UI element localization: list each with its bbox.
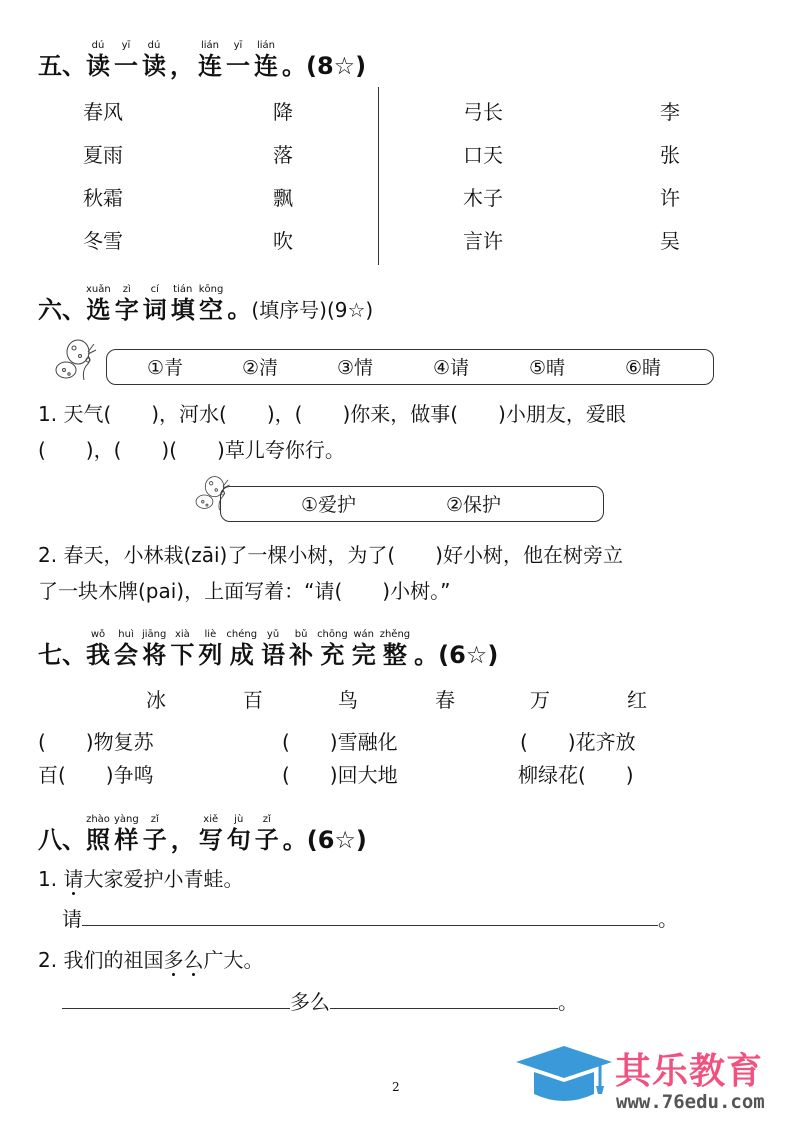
example-2-prefix: 2. 我们的祖国 — [38, 948, 163, 972]
title-char: liè列 — [198, 629, 222, 669]
graduation-cap-icon — [512, 1042, 612, 1108]
question-1-line-1: 1. 天气( )，河水( )，( )你来，做事( )小朋友，爱眼 — [38, 396, 626, 432]
example-2-text: 广大。 — [203, 948, 263, 972]
butterfly-icon — [44, 336, 106, 388]
section6-period: 。 — [227, 295, 251, 323]
example-1-text: 大家爱护小青蛙。 — [83, 867, 243, 891]
section6-title-words: xuǎn选zì字cí词tián填kōng空 — [86, 296, 227, 324]
option-item: ③情 — [337, 356, 373, 380]
options-frame: ①青 ②清 ③情 ④请 ⑤晴 ⑥睛 — [106, 349, 714, 385]
answer-line-1: 请。 — [62, 901, 678, 937]
hanzi: 补 — [289, 641, 313, 669]
title-char: yī一 — [226, 40, 250, 80]
match-item[interactable]: 降 — [273, 100, 293, 124]
title-char: bǔ补 — [289, 629, 313, 669]
option-item: ①青 — [147, 356, 183, 380]
option-item: ②保护 — [446, 493, 501, 517]
hanzi: 语 — [261, 641, 285, 669]
hanzi: 一 — [114, 52, 138, 80]
section7-number: 七、 — [38, 641, 86, 669]
section6-tail: 。(填序号)(9☆) — [227, 295, 373, 324]
title-char: ， — [170, 40, 194, 80]
match-item[interactable]: 口天 — [463, 143, 503, 167]
pinyin: jù — [227, 814, 251, 826]
pinyin: tián — [171, 284, 195, 296]
title-char: zǐ子 — [255, 814, 279, 854]
title-char: yàng样 — [114, 814, 139, 854]
example-1-prefix: 1. — [38, 867, 63, 891]
emphasized-char: 请 — [63, 867, 83, 891]
section7-title-words: wǒ我huì会jiāng将xià下liè列chéng成yǔ语bǔ补chōng充w… — [86, 641, 414, 669]
char-option: 红 — [627, 688, 647, 712]
match-item[interactable]: 言许 — [463, 229, 503, 253]
char-option: 春 — [435, 688, 455, 712]
brand-url[interactable]: www.76edu.com — [616, 1091, 765, 1113]
pinyin: xiě — [199, 814, 223, 826]
pinyin: zì — [115, 284, 139, 296]
hanzi: 空 — [199, 296, 224, 324]
pinyin: huì — [114, 629, 138, 641]
title-char: yī一 — [114, 40, 138, 80]
title-char: jù句 — [227, 814, 251, 854]
title-char: wán完 — [352, 629, 376, 669]
section6-number: 六、 — [38, 296, 86, 324]
title-char: wǒ我 — [86, 629, 110, 669]
title-char: cí词 — [143, 284, 167, 324]
hanzi: 选 — [86, 296, 111, 324]
hanzi: 读 — [86, 52, 110, 80]
pinyin: zhěng — [380, 629, 410, 641]
example-2: 2. 我们的祖国多么广大。 — [38, 942, 263, 978]
hanzi: 样 — [114, 826, 139, 854]
emphasized-char: 多 — [163, 948, 183, 972]
pinyin: xià — [170, 629, 194, 641]
hanzi: 连 — [254, 52, 278, 80]
question-2-line-1: 2. 春天，小林栽(zāi)了一棵小树，为了( )好小树，他在树旁立 — [38, 537, 623, 573]
pinyin: zǐ — [255, 814, 279, 826]
section8-title-words: zhào照yàng样zǐ子，xiě写jù句zǐ子 — [86, 826, 283, 854]
pinyin: lián — [254, 40, 278, 52]
section8-score: 。(6☆) — [283, 826, 367, 854]
option-item: ④请 — [433, 356, 469, 380]
section5-heading: 五、dú读yī一dú读，lián连yī一lián连。(8☆) — [38, 40, 366, 80]
match-item[interactable]: 落 — [273, 143, 293, 167]
idiom-blank[interactable]: ( )回大地 — [282, 763, 398, 787]
title-char: zhěng整 — [380, 629, 410, 669]
options-frame: ①爱护 ②保护 — [220, 486, 604, 522]
match-item[interactable]: 吹 — [273, 229, 293, 253]
title-char: lián连 — [254, 40, 278, 80]
answer-1-end: 。 — [658, 907, 678, 931]
match-item[interactable]: 木子 — [463, 186, 503, 210]
pinyin: zhào — [86, 814, 110, 826]
title-char: lián连 — [198, 40, 222, 80]
hanzi: 读 — [142, 52, 166, 80]
match-item[interactable]: 秋霜 — [83, 186, 123, 210]
section8-number: 八、 — [38, 826, 86, 854]
question-1-line-2: ( )，( )( )草儿夸你行。 — [38, 432, 345, 468]
title-char: kōng空 — [199, 284, 224, 324]
section5-number: 五、 — [38, 52, 86, 80]
match-item[interactable]: 夏雨 — [83, 143, 123, 167]
section8-heading: 八、zhào照yàng样zǐ子，xiě写jù句zǐ子。(6☆) — [38, 814, 367, 854]
title-char: jiāng将 — [142, 629, 166, 669]
title-char: dú读 — [142, 40, 166, 80]
pinyin: wǒ — [86, 629, 110, 641]
section6-heading: 六、xuǎn选zì字cí词tián填kōng空。(填序号)(9☆) — [38, 284, 373, 324]
pinyin: yī — [114, 40, 138, 52]
match-item[interactable]: 飘 — [273, 186, 293, 210]
pinyin: bǔ — [289, 629, 313, 641]
idiom-blank[interactable]: 百( )争鸣 — [38, 763, 154, 787]
hanzi: 一 — [226, 52, 250, 80]
match-item[interactable]: 吴 — [660, 229, 680, 253]
title-char: yǔ语 — [261, 629, 285, 669]
section7-heading: 七、wǒ我huì会jiāng将xià下liè列chéng成yǔ语bǔ补chōng… — [38, 629, 498, 669]
hanzi: 完 — [352, 641, 376, 669]
title-char: dú读 — [86, 40, 110, 80]
pinyin: xuǎn — [86, 284, 111, 296]
title-char: xiě写 — [199, 814, 223, 854]
question-2-line-2: 了一块木牌(pai)，上面写着：“请( )小树。” — [38, 573, 450, 609]
option-item: ⑤晴 — [529, 356, 565, 380]
answer-1-prefix: 请 — [62, 907, 82, 931]
pinyin: yǔ — [261, 629, 285, 641]
title-char: zǐ子 — [143, 814, 167, 854]
brand-name: 其乐教育 — [615, 1043, 763, 1094]
title-char: zì字 — [115, 284, 139, 324]
pinyin: liè — [198, 629, 222, 641]
hanzi: 下 — [170, 641, 194, 669]
pinyin: chéng — [226, 629, 257, 641]
char-option: 冰 — [146, 688, 166, 712]
pinyin: jiāng — [142, 629, 166, 641]
hanzi: 整 — [380, 641, 410, 669]
hanzi: ， — [170, 52, 194, 80]
hanzi: 子 — [255, 826, 279, 854]
pinyin: dú — [142, 40, 166, 52]
title-char: xuǎn选 — [86, 284, 111, 324]
hanzi: 写 — [199, 826, 223, 854]
column-divider — [378, 87, 379, 265]
section6-note: (填序号)(9☆) — [251, 298, 373, 322]
title-char: huì会 — [114, 629, 138, 669]
answer-2-mid: 多么 — [290, 990, 330, 1014]
answer-2-input-after[interactable] — [330, 988, 558, 1009]
answer-2-end: 。 — [558, 990, 578, 1014]
pinyin — [171, 814, 195, 826]
option-item: ①爱护 — [301, 493, 356, 517]
hanzi: 充 — [317, 641, 348, 669]
title-char: zhào照 — [86, 814, 110, 854]
pinyin: dú — [86, 40, 110, 52]
hanzi: 句 — [227, 826, 251, 854]
page-number: 2 — [392, 1080, 400, 1094]
pinyin: lián — [198, 40, 222, 52]
hanzi: 连 — [198, 52, 222, 80]
title-char: xià下 — [170, 629, 194, 669]
idiom-blank[interactable]: ( )雪融化 — [282, 730, 398, 754]
title-char: tián填 — [171, 284, 195, 324]
match-item[interactable]: 李 — [660, 100, 680, 124]
char-option: 百 — [243, 688, 263, 712]
hanzi: 成 — [226, 641, 257, 669]
match-item[interactable]: 春风 — [83, 100, 123, 124]
hanzi: 将 — [142, 641, 166, 669]
section5-score: 。(8☆) — [282, 52, 366, 80]
idiom-blank[interactable]: 柳绿花( ) — [518, 763, 634, 787]
hanzi: 填 — [171, 296, 195, 324]
hanzi: 列 — [198, 641, 222, 669]
answer-1-input[interactable] — [82, 905, 658, 926]
title-char: ， — [171, 814, 195, 854]
section5-title-words: dú读yī一dú读，lián连yī一lián连 — [86, 52, 282, 80]
match-item[interactable]: 冬雪 — [83, 229, 123, 253]
match-item[interactable]: 张 — [660, 143, 680, 167]
match-item[interactable]: 许 — [660, 186, 680, 210]
title-char: chéng成 — [226, 629, 257, 669]
emphasized-char: 么 — [183, 948, 203, 972]
option-item: ⑥睛 — [625, 356, 661, 380]
char-option: 万 — [530, 688, 550, 712]
pinyin: zǐ — [143, 814, 167, 826]
hanzi: 字 — [115, 296, 139, 324]
pinyin: chōng — [317, 629, 348, 641]
idiom-blank[interactable]: ( )物复苏 — [38, 730, 154, 754]
match-item[interactable]: 弓长 — [463, 100, 503, 124]
pinyin — [170, 40, 194, 52]
pinyin: yī — [226, 40, 250, 52]
idiom-blank[interactable]: ( )花齐放 — [520, 730, 636, 754]
pinyin: wán — [352, 629, 376, 641]
option-item: ②清 — [242, 356, 278, 380]
answer-line-2: 多么。 — [62, 984, 578, 1020]
hanzi: 子 — [143, 826, 167, 854]
hanzi: ， — [171, 826, 195, 854]
hanzi: 词 — [143, 296, 167, 324]
title-char: chōng充 — [317, 629, 348, 669]
pinyin: kōng — [199, 284, 224, 296]
section7-score: 。(6☆) — [414, 641, 498, 669]
hanzi: 照 — [86, 826, 110, 854]
pinyin: yàng — [114, 814, 139, 826]
hanzi: 我 — [86, 641, 110, 669]
example-1: 1. 请大家爱护小青蛙。 — [38, 861, 243, 897]
pinyin: cí — [143, 284, 167, 296]
hanzi: 会 — [114, 641, 138, 669]
answer-2-input-before[interactable] — [62, 988, 290, 1009]
char-option: 鸟 — [338, 688, 358, 712]
